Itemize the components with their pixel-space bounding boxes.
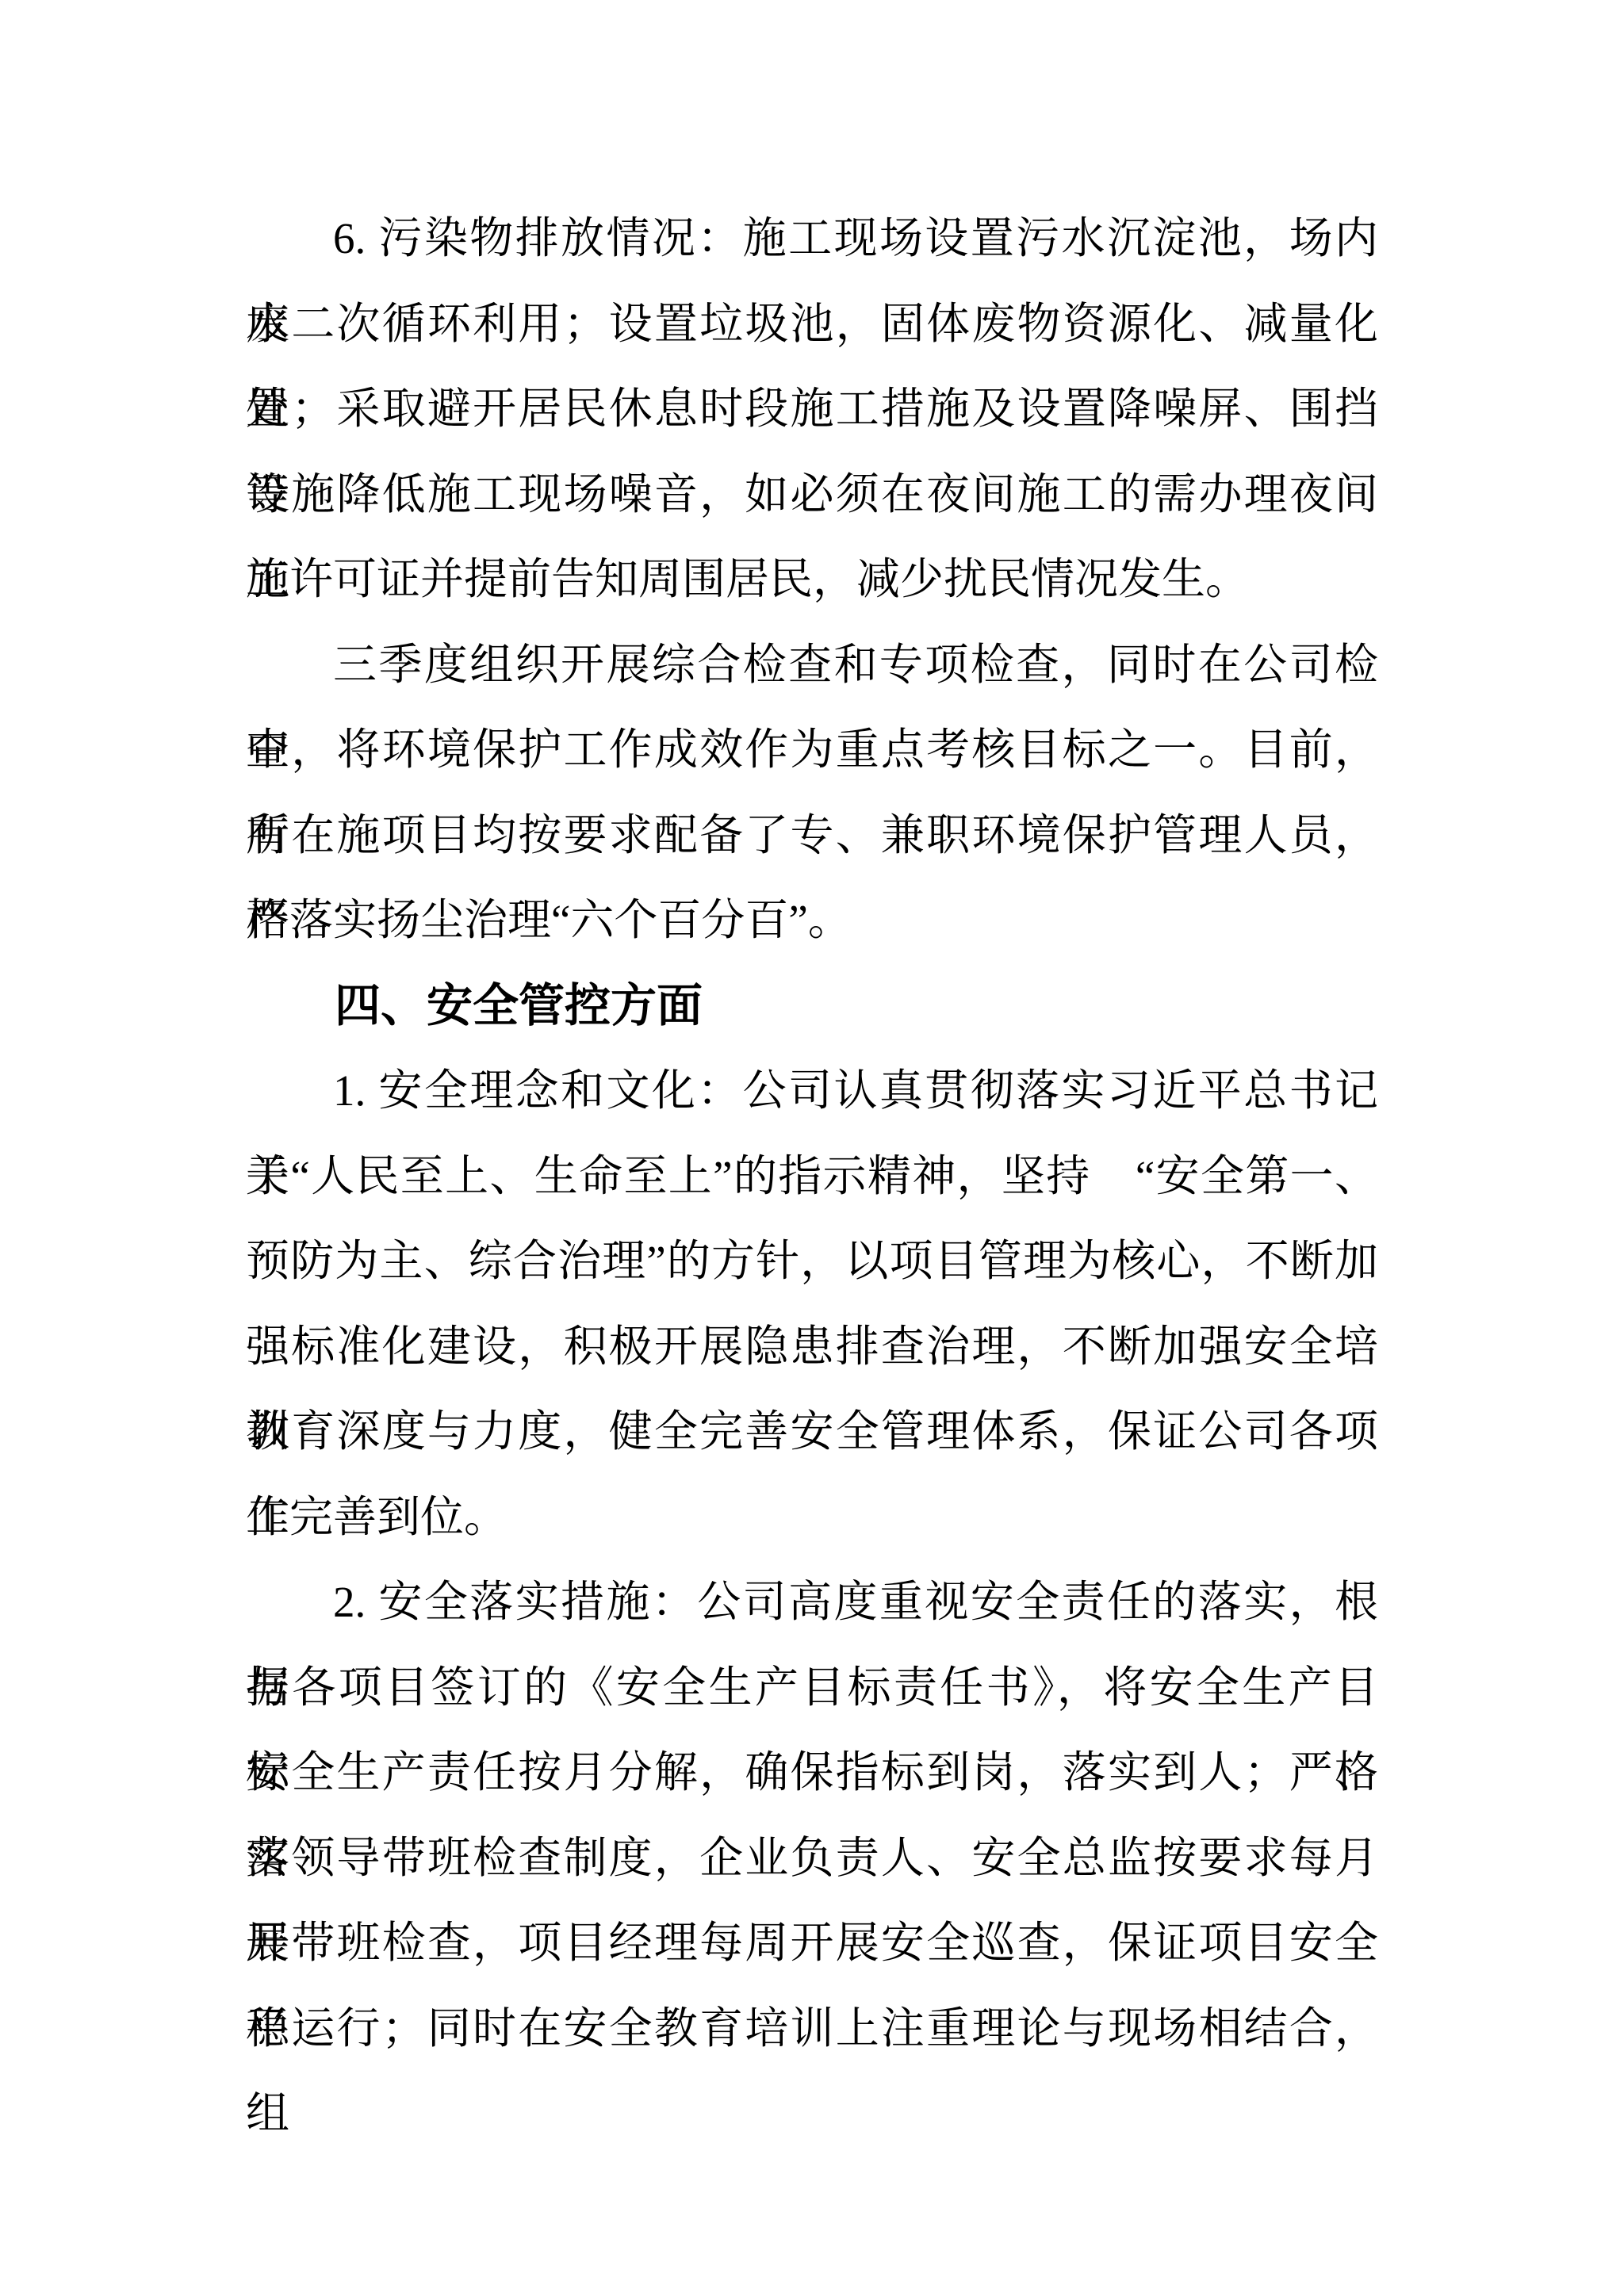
text-line: 安全生产责任按月分解，确保指标到岗，落实到人；严格落	[246, 1730, 1378, 1816]
text-line: 6. 污染物排放情况：施工现场设置污水沉淀池，场内废	[246, 196, 1378, 281]
text-line: 工许可证并提前告知周围居民，减少扰民情况发生。	[246, 537, 1378, 622]
document-page: 6. 污染物排放情况：施工现场设置污水沉淀池，场内废 水二次循环利用；设置垃圾池…	[0, 0, 1624, 2296]
document-text-block: 6. 污染物排放情况：施工现场设置污水沉淀池，场内废 水二次循环利用；设置垃圾池…	[246, 196, 1378, 2071]
text-line: 三季度组织开展综合检查和专项检查，同时在公司检查	[246, 622, 1378, 708]
text-line: 格落实扬尘治理“六个百分百”。	[246, 878, 1378, 963]
text-line: 作完善到位。	[246, 1475, 1378, 1560]
text-line: 于“人民至上、生命至上”的指示精神，坚持 “安全第一、	[246, 1134, 1378, 1219]
text-line: 强标准化建设，积极开展隐患排查治理，不断加强安全培训	[246, 1304, 1378, 1390]
text-line: 实领导带班检查制度，企业负责人、安全总监按要求每月开	[246, 1816, 1378, 1901]
text-line: 教育深度与力度，健全完善安全管理体系，保证公司各项工	[246, 1389, 1378, 1475]
text-line: 设施降低施工现场噪音，如必须在夜间施工的需办理夜间施	[246, 452, 1378, 538]
text-line: 水二次循环利用；设置垃圾池，固体废物资源化、减量化处	[246, 281, 1378, 367]
section-heading: 四、安全管控方面	[246, 963, 1378, 1049]
text-line: 稳运行；同时在安全教育培训上注重理论与现场相结合，组	[246, 1986, 1378, 2072]
text-line: 有在施项目均按要求配备了专、兼职环境保护管理人员，严	[246, 793, 1378, 878]
text-line: 中，将环境保护工作成效作为重点考核目标之一。目前，所	[246, 707, 1378, 793]
text-line: 1. 安全理念和文化：公司认真贯彻落实习近平总书记关	[246, 1048, 1378, 1134]
text-line: 2. 安全落实措施：公司高度重视安全责任的落实，根据	[246, 1559, 1378, 1645]
text-line: 预防为主、综合治理”的方针，以项目管理为核心，不断加	[246, 1219, 1378, 1304]
text-line: 与各项目签订的《安全生产目标责任书》，将安全生产目标、	[246, 1645, 1378, 1731]
text-line: 置；采取避开居民休息时段施工措施及设置降噪屏、围挡等	[246, 366, 1378, 452]
text-line: 展带班检查，项目经理每周开展安全巡查，保证项目安全平	[246, 1900, 1378, 1986]
